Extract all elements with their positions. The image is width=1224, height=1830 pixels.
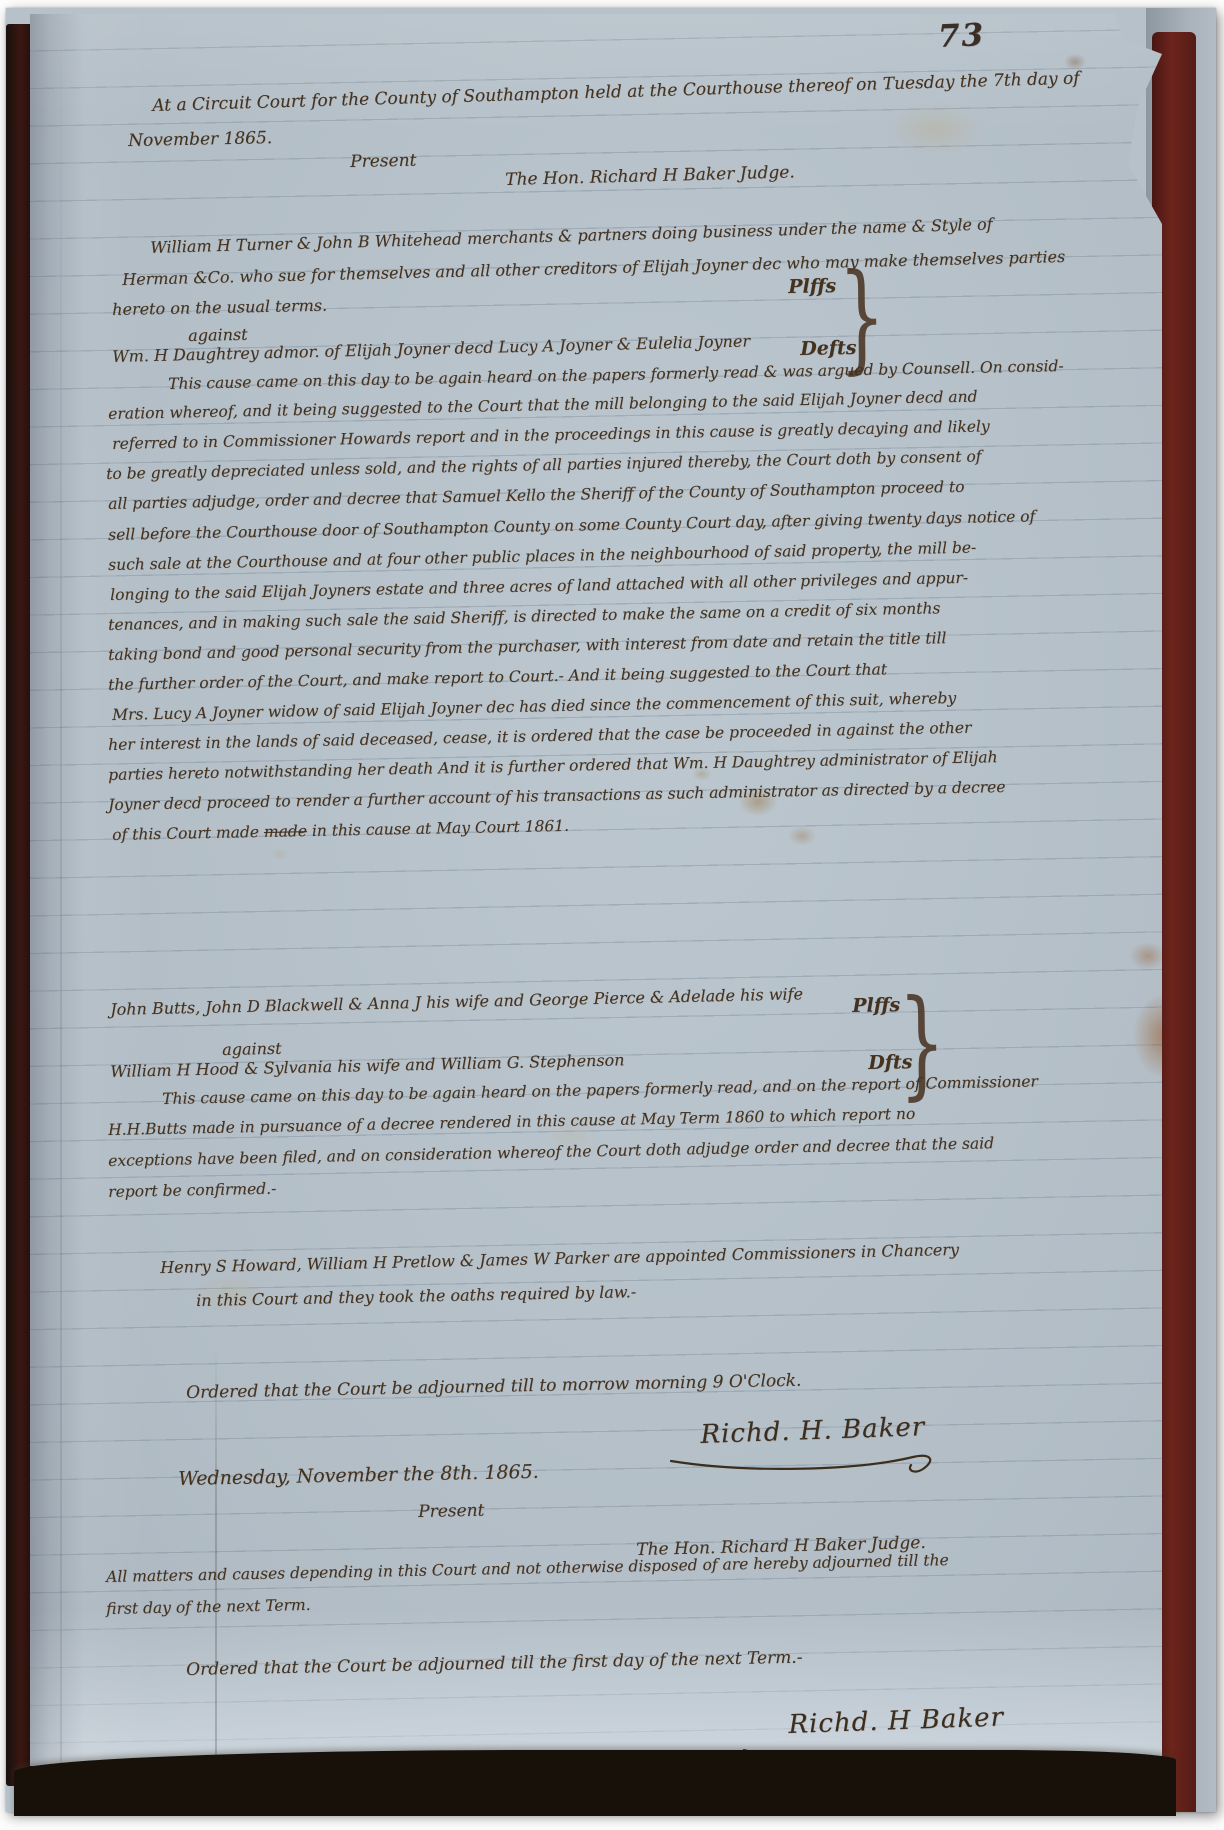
body-line-text: in this cause at May Court 1861. (307, 817, 569, 840)
against-label: against (222, 1039, 282, 1059)
defendant-label: Defts (800, 337, 857, 360)
body-line: such sale at the Courthouse and at four … (108, 539, 976, 574)
body-line: All matters and causes depending in this… (106, 1551, 949, 1586)
plaintiff-line: hereto on the usual terms. (112, 296, 327, 319)
heading-line: November 1865. (128, 128, 272, 151)
body-line: H.H.Butts made in pursuance of a decree … (108, 1105, 915, 1139)
ledger-book: 73 At a Circuit Court for the County of … (6, 8, 1216, 1812)
body-line: eration whereof, and it being suggested … (108, 388, 978, 423)
defendant-label: Dfts (868, 1051, 913, 1074)
body-line: sell before the Courthouse door of South… (108, 507, 1035, 544)
judge-line: The Hon. Richard H Baker Judge. (505, 162, 795, 190)
order-line: Ordered that the Court be adjourned till… (186, 1648, 803, 1680)
defendant-line: William H Hood & Sylvania his wife and W… (110, 1050, 625, 1081)
body-line: taking bond and good personal security f… (108, 629, 947, 664)
body-line: the further order of the Court, and make… (108, 660, 887, 694)
book-bottom-edge (14, 1750, 1176, 1816)
body-line: first day of the next Term. (106, 1596, 311, 1618)
signature: Richd. H. Baker (700, 1412, 926, 1450)
struck-word: made (264, 822, 307, 841)
book-spine-left-edge (6, 24, 33, 1786)
document-photo: 73 At a Circuit Court for the County of … (0, 0, 1224, 1830)
page-number: 73 (937, 17, 985, 55)
body-line: her interest in the lands of said deceas… (108, 719, 972, 754)
signature-flourish (665, 1451, 945, 1481)
body-line: tenances, and in making such sale the sa… (108, 599, 941, 634)
body-line: longing to the said Elijah Joyners estat… (110, 569, 968, 604)
order-line: Ordered that the Court be adjourned till… (186, 1371, 802, 1403)
body-line: of this Court made made in this cause at… (112, 817, 569, 844)
commissioners-line: in this Court and they took the oaths re… (196, 1282, 636, 1310)
date-line: Wednesday, November the 8th. 1865. (178, 1461, 539, 1490)
signature: Richd. H Baker (788, 1702, 1004, 1740)
plaintiff-label: Plffs (852, 994, 900, 1017)
body-line: parties hereto notwithstanding her death… (108, 748, 998, 784)
present-label: Present (418, 1501, 485, 1522)
body-line-text: of this Court made (112, 823, 264, 844)
body-line: all parties adjudge, order and decree th… (108, 478, 965, 513)
body-line: referred to in Commissioner Howards repo… (112, 417, 990, 453)
body-line: report be confirmed.- (108, 1180, 276, 1201)
plaintiff-line: John Butts, John D Blackwell & Anna J hi… (110, 984, 803, 1019)
heading-line: At a Circuit Court for the County of Sou… (152, 68, 1080, 116)
body-line: Mrs. Lucy A Joyner widow of said Elijah … (112, 689, 956, 724)
commissioners-line: Henry S Howard, William H Pretlow & Jame… (160, 1240, 959, 1277)
body-line: exceptions have been filed, and on consi… (108, 1134, 994, 1170)
handwriting-layer: 73 At a Circuit Court for the County of … (30, 14, 1162, 1766)
present-label: Present (350, 151, 417, 172)
against-label: against (188, 325, 248, 345)
body-line: Joyner decd proceed to render a further … (108, 778, 1006, 814)
body-line: to be greatly depreciated unless sold, a… (106, 447, 982, 483)
ledger-page: 73 At a Circuit Court for the County of … (30, 14, 1162, 1766)
plaintiff-label: Plffs (788, 275, 836, 298)
